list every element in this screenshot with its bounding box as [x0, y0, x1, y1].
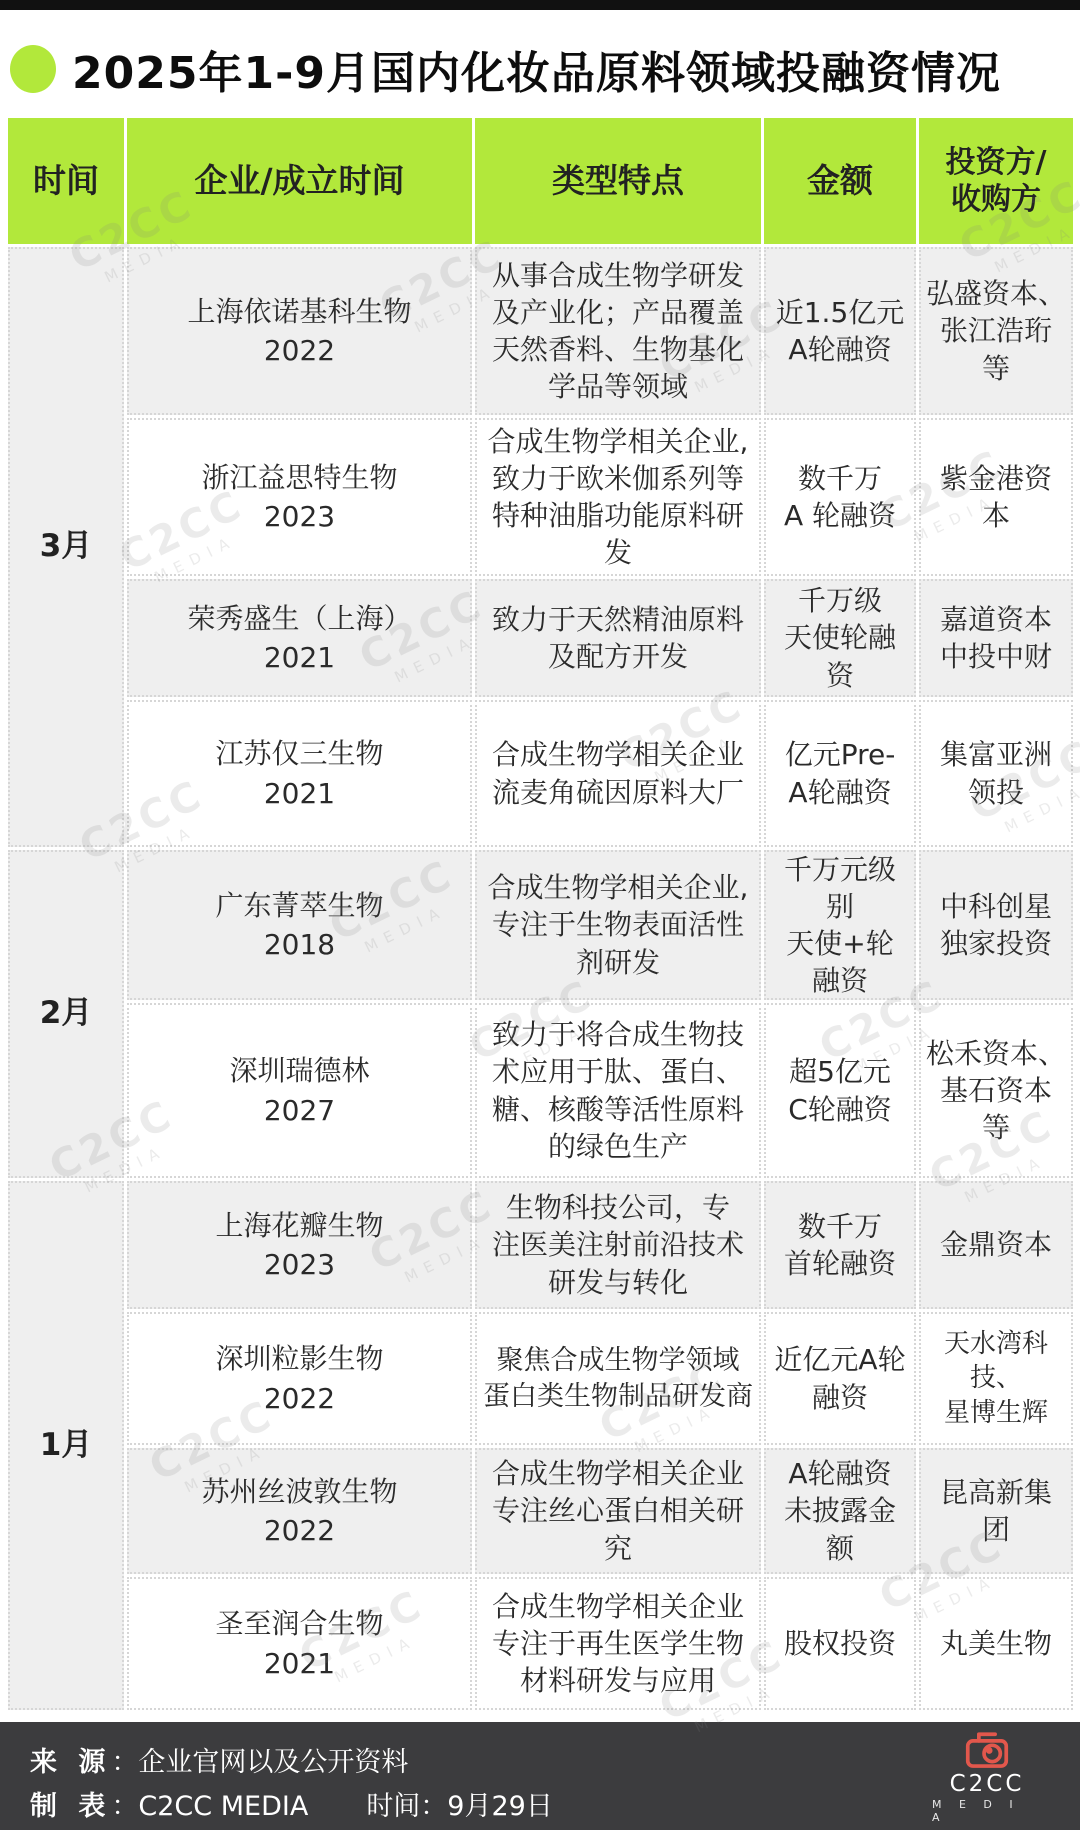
source-colon: ：: [111, 1747, 138, 1778]
company-cell: 上海依诺基科生物2022: [127, 247, 472, 415]
company-cell: 深圳瑞德林2027: [127, 1003, 472, 1178]
source-label: 来 源: [30, 1747, 111, 1778]
col-header-time: 时间: [8, 118, 124, 244]
camera-icon: [956, 1732, 1018, 1769]
company-name: 浙江益思特生物: [201, 461, 397, 494]
maker-label: 制 表: [30, 1791, 111, 1822]
investor-cell: 金鼎资本: [919, 1181, 1073, 1309]
company-founded: 2023: [264, 1248, 335, 1281]
company-founded: 2022: [264, 1382, 335, 1415]
company-cell: 上海花瓣生物2023: [127, 1181, 472, 1309]
company-name: 江苏仅三生物: [215, 737, 383, 770]
footer-date: 时间：9月29日: [366, 1791, 553, 1822]
feature-cell: 合成生物学相关企业 专注丝心蛋白相关研 究: [475, 1448, 761, 1574]
company-name: 广东菁萃生物: [215, 889, 383, 922]
investor-cell: 天水湾科技、 星博生辉: [919, 1312, 1073, 1445]
feature-cell: 致力于天然精油原料 及配方开发: [475, 579, 761, 697]
company-founded: 2018: [264, 928, 335, 961]
company-name: 圣至润合生物: [215, 1607, 383, 1640]
company-founded: 2021: [264, 641, 335, 674]
amount-cell: 近1.5亿元 A轮融资: [764, 247, 916, 415]
amount-cell: 亿元Pre- A轮融资: [764, 700, 916, 847]
company-cell: 苏州丝波敦生物2022: [127, 1448, 472, 1574]
investor-cell: 中科创星 独家投资: [919, 850, 1073, 1000]
company-founded: 2022: [264, 1514, 335, 1547]
company-name: 上海依诺基科生物: [187, 295, 411, 328]
company-cell: 江苏仅三生物2021: [127, 700, 472, 847]
amount-cell: 近亿元A轮 融资: [764, 1312, 916, 1445]
feature-cell: 合成生物学相关企业, 致力于欧米伽系列等 特种油脂功能原料研 发: [475, 418, 761, 576]
investor-cell: 嘉道资本 中投中财: [919, 579, 1073, 697]
col-header-investor: 投资方/ 收购方: [919, 118, 1073, 244]
investment-table: 时间 企业/成立时间 类型特点 金额 投资方/ 收购方 3月 2月 1月 上海依…: [8, 118, 1073, 1710]
month-cell-february: 2月: [8, 850, 124, 1178]
company-founded: 2023: [264, 500, 335, 533]
investor-cell: 丸美生物: [919, 1577, 1073, 1710]
amount-cell: 数千万 A 轮融资: [764, 418, 916, 576]
col-header-amount: 金额: [764, 118, 916, 244]
source-text: 企业官网以及公开资料: [138, 1747, 408, 1778]
amount-cell: 千万元级 别 天使+轮 融资: [764, 850, 916, 1000]
company-name: 深圳瑞德林: [229, 1054, 369, 1087]
company-cell: 广东菁萃生物2018: [127, 850, 472, 1000]
company-founded: 2022: [264, 334, 335, 367]
amount-cell: 股权投资: [764, 1577, 916, 1710]
maker-text: C2CC MEDIA: [138, 1791, 308, 1822]
logo-sub-text: M E D I A: [932, 1798, 1042, 1824]
feature-cell: 生物科技公司，专 注医美注射前沿技术 研发与转化: [475, 1181, 761, 1309]
footer-maker-line: 制 表：C2CC MEDIA时间：9月29日: [30, 1784, 553, 1823]
feature-cell: 致力于将合成生物技 术应用于肽、蛋白、 糖、核酸等活性原料 的绿色生产: [475, 1003, 761, 1178]
month-cell-march: 3月: [8, 247, 124, 847]
investor-cell: 紫金港资 本: [919, 418, 1073, 576]
amount-cell: A轮融资 未披露金 额: [764, 1448, 916, 1574]
footer-source-line: 来 源：企业官网以及公开资料: [30, 1740, 408, 1779]
investor-cell: 昆高新集 团: [919, 1448, 1073, 1574]
page-title: 2025年1-9月国内化妆品原料领域投融资情况: [72, 37, 1001, 101]
amount-cell: 超5亿元 C轮融资: [764, 1003, 916, 1178]
company-name: 深圳粒影生物: [215, 1342, 383, 1375]
maker-colon: ：: [111, 1791, 138, 1822]
feature-cell: 从事合成生物学研发 及产业化；产品覆盖 天然香料、生物基化 学品等领域: [475, 247, 761, 415]
amount-cell: 数千万 首轮融资: [764, 1181, 916, 1309]
company-cell: 圣至润合生物2021: [127, 1577, 472, 1710]
feature-cell: 合成生物学相关企业 专注于再生医学生物 材料研发与应用: [475, 1577, 761, 1710]
company-founded: 2027: [264, 1094, 335, 1127]
company-name: 苏州丝波敦生物: [201, 1475, 397, 1508]
company-cell: 深圳粒影生物2022: [127, 1312, 472, 1445]
top-black-bar: [0, 0, 1080, 10]
investor-cell: 集富亚洲 领投: [919, 700, 1073, 847]
company-name: 上海花瓣生物: [215, 1209, 383, 1242]
col-header-company: 企业/成立时间: [127, 118, 472, 244]
c2cc-logo: C2CC M E D I A: [932, 1732, 1042, 1824]
footer: 来 源：企业官网以及公开资料 制 表：C2CC MEDIA时间：9月29日 C2…: [0, 1722, 1080, 1830]
feature-cell: 合成生物学相关企业, 专注于生物表面活性 剂研发: [475, 850, 761, 1000]
month-cell-january: 1月: [8, 1181, 124, 1710]
title-row: 2025年1-9月国内化妆品原料领域投融资情况: [10, 30, 1070, 108]
feature-cell: 合成生物学相关企业 流麦角硫因原料大厂: [475, 700, 761, 847]
company-founded: 2021: [264, 1647, 335, 1680]
company-cell: 浙江益思特生物2023: [127, 418, 472, 576]
company-cell: 荣秀盛生（上海）2021: [127, 579, 472, 697]
amount-cell: 千万级 天使轮融 资: [764, 579, 916, 697]
feature-cell: 聚焦合成生物学领域 蛋白类生物制品研发商: [475, 1312, 761, 1445]
investor-cell: 松禾资本、 基石资本 等: [919, 1003, 1073, 1178]
investor-cell: 弘盛资本、 张江浩珩 等: [919, 247, 1073, 415]
company-name: 荣秀盛生（上海）: [187, 602, 411, 635]
green-dot-icon: [10, 45, 56, 93]
col-header-feature: 类型特点: [475, 118, 761, 244]
company-founded: 2021: [264, 777, 335, 810]
logo-text: C2CC: [950, 1771, 1025, 1797]
